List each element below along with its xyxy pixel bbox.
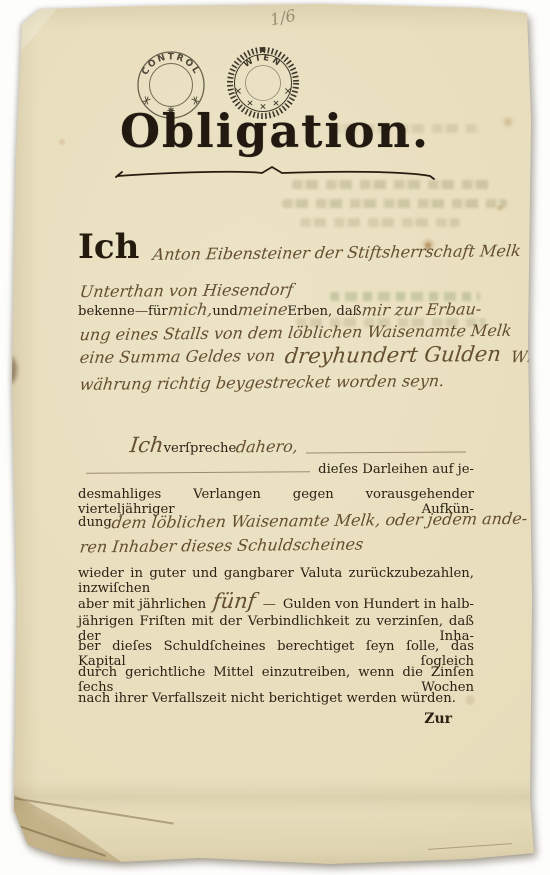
handwritten-text: dem löblichen Waisenamte Melk, oder jede…	[111, 509, 529, 532]
printed-text: dung	[78, 515, 112, 530]
text-line: bekenne—fürmich,undmeineErben, daßmir zu…	[78, 300, 474, 319]
ink-dash-line	[306, 442, 466, 453]
handwritten-text: mir zur Erbau-	[360, 299, 482, 319]
handwritten-text: währung richtig beygestrecket worden sey…	[79, 371, 446, 394]
text-line: Unterthan von Hiesendorf	[80, 281, 476, 300]
ink-dash: —	[135, 304, 148, 319]
handwritten-text: dreyhundert Gulden	[284, 342, 503, 368]
handwritten-text: ung eines Stalls von dem löblichen Waise…	[79, 321, 513, 345]
printed-text: Erben, daß	[287, 304, 361, 319]
ink-dash-line	[86, 462, 310, 474]
paper-shadow: 1/6 CONTROL	[0, 0, 550, 875]
printed-text: verſpreche	[164, 441, 237, 456]
text-line: aber mit jährlichenfünf—Gulden von Hunde…	[78, 589, 474, 613]
printed-text: für	[148, 304, 168, 319]
handwritten-text: eine Summa Geldes von	[79, 346, 276, 367]
text-line: ren Inhaber dieses Schuldscheines	[80, 536, 476, 555]
handwritten-text: Wiener-	[510, 347, 550, 367]
drop-cap: Ich	[78, 234, 139, 261]
text-line: nach ihrer Verfallszeit nicht berichtige…	[78, 691, 474, 706]
printed-text: bekenne	[78, 304, 135, 319]
text-line: dungdem löblichen Waisenamte Melk, oder …	[78, 511, 474, 530]
handwritten-text: dahero,	[235, 437, 299, 457]
text-line: ung eines Stalls von dem löblichen Waise…	[80, 323, 476, 342]
handwritten-text: Ich	[129, 433, 165, 457]
ink-dash: —	[263, 597, 276, 612]
catchword: Zur	[78, 711, 452, 727]
handwritten-text: mich,	[167, 300, 214, 319]
printed-text: nach ihrer Verfallszeit nicht berichtige…	[78, 691, 456, 706]
body-lines: IchAnton Eibensteiner der Stiftsherrscha…	[0, 0, 550, 875]
printed-text: und	[212, 304, 237, 319]
handwritten-text: Anton Eibensteiner der Stiftsherrschaft …	[152, 241, 522, 264]
printed-text: aber mit jährlichen	[78, 597, 206, 612]
printed-text: Gulden von Hundert in halb-	[283, 597, 474, 612]
scan-background: 1/6 CONTROL	[0, 0, 550, 875]
handwritten-text: meine	[237, 300, 289, 320]
document-paper: 1/6 CONTROL	[0, 0, 550, 875]
handwritten-text: fünf	[212, 589, 257, 613]
text-line: eine Summa Geldes vondreyhundert GuldenW…	[80, 343, 474, 367]
text-line: IchAnton Eibensteiner der Stiftsherrscha…	[78, 234, 474, 262]
text-line: währung richtig beygestrecket worden sey…	[80, 373, 476, 392]
text-line: dieſes Darleihen auf je-	[78, 462, 474, 477]
text-line: Ichverſprechedahero,	[130, 433, 474, 457]
handwritten-text: ren Inhaber dieses Schuldscheines	[79, 535, 365, 557]
handwritten-text: Unterthan von Hiesendorf	[79, 280, 294, 301]
printed-text: dieſes Darleihen auf je-	[318, 462, 474, 477]
